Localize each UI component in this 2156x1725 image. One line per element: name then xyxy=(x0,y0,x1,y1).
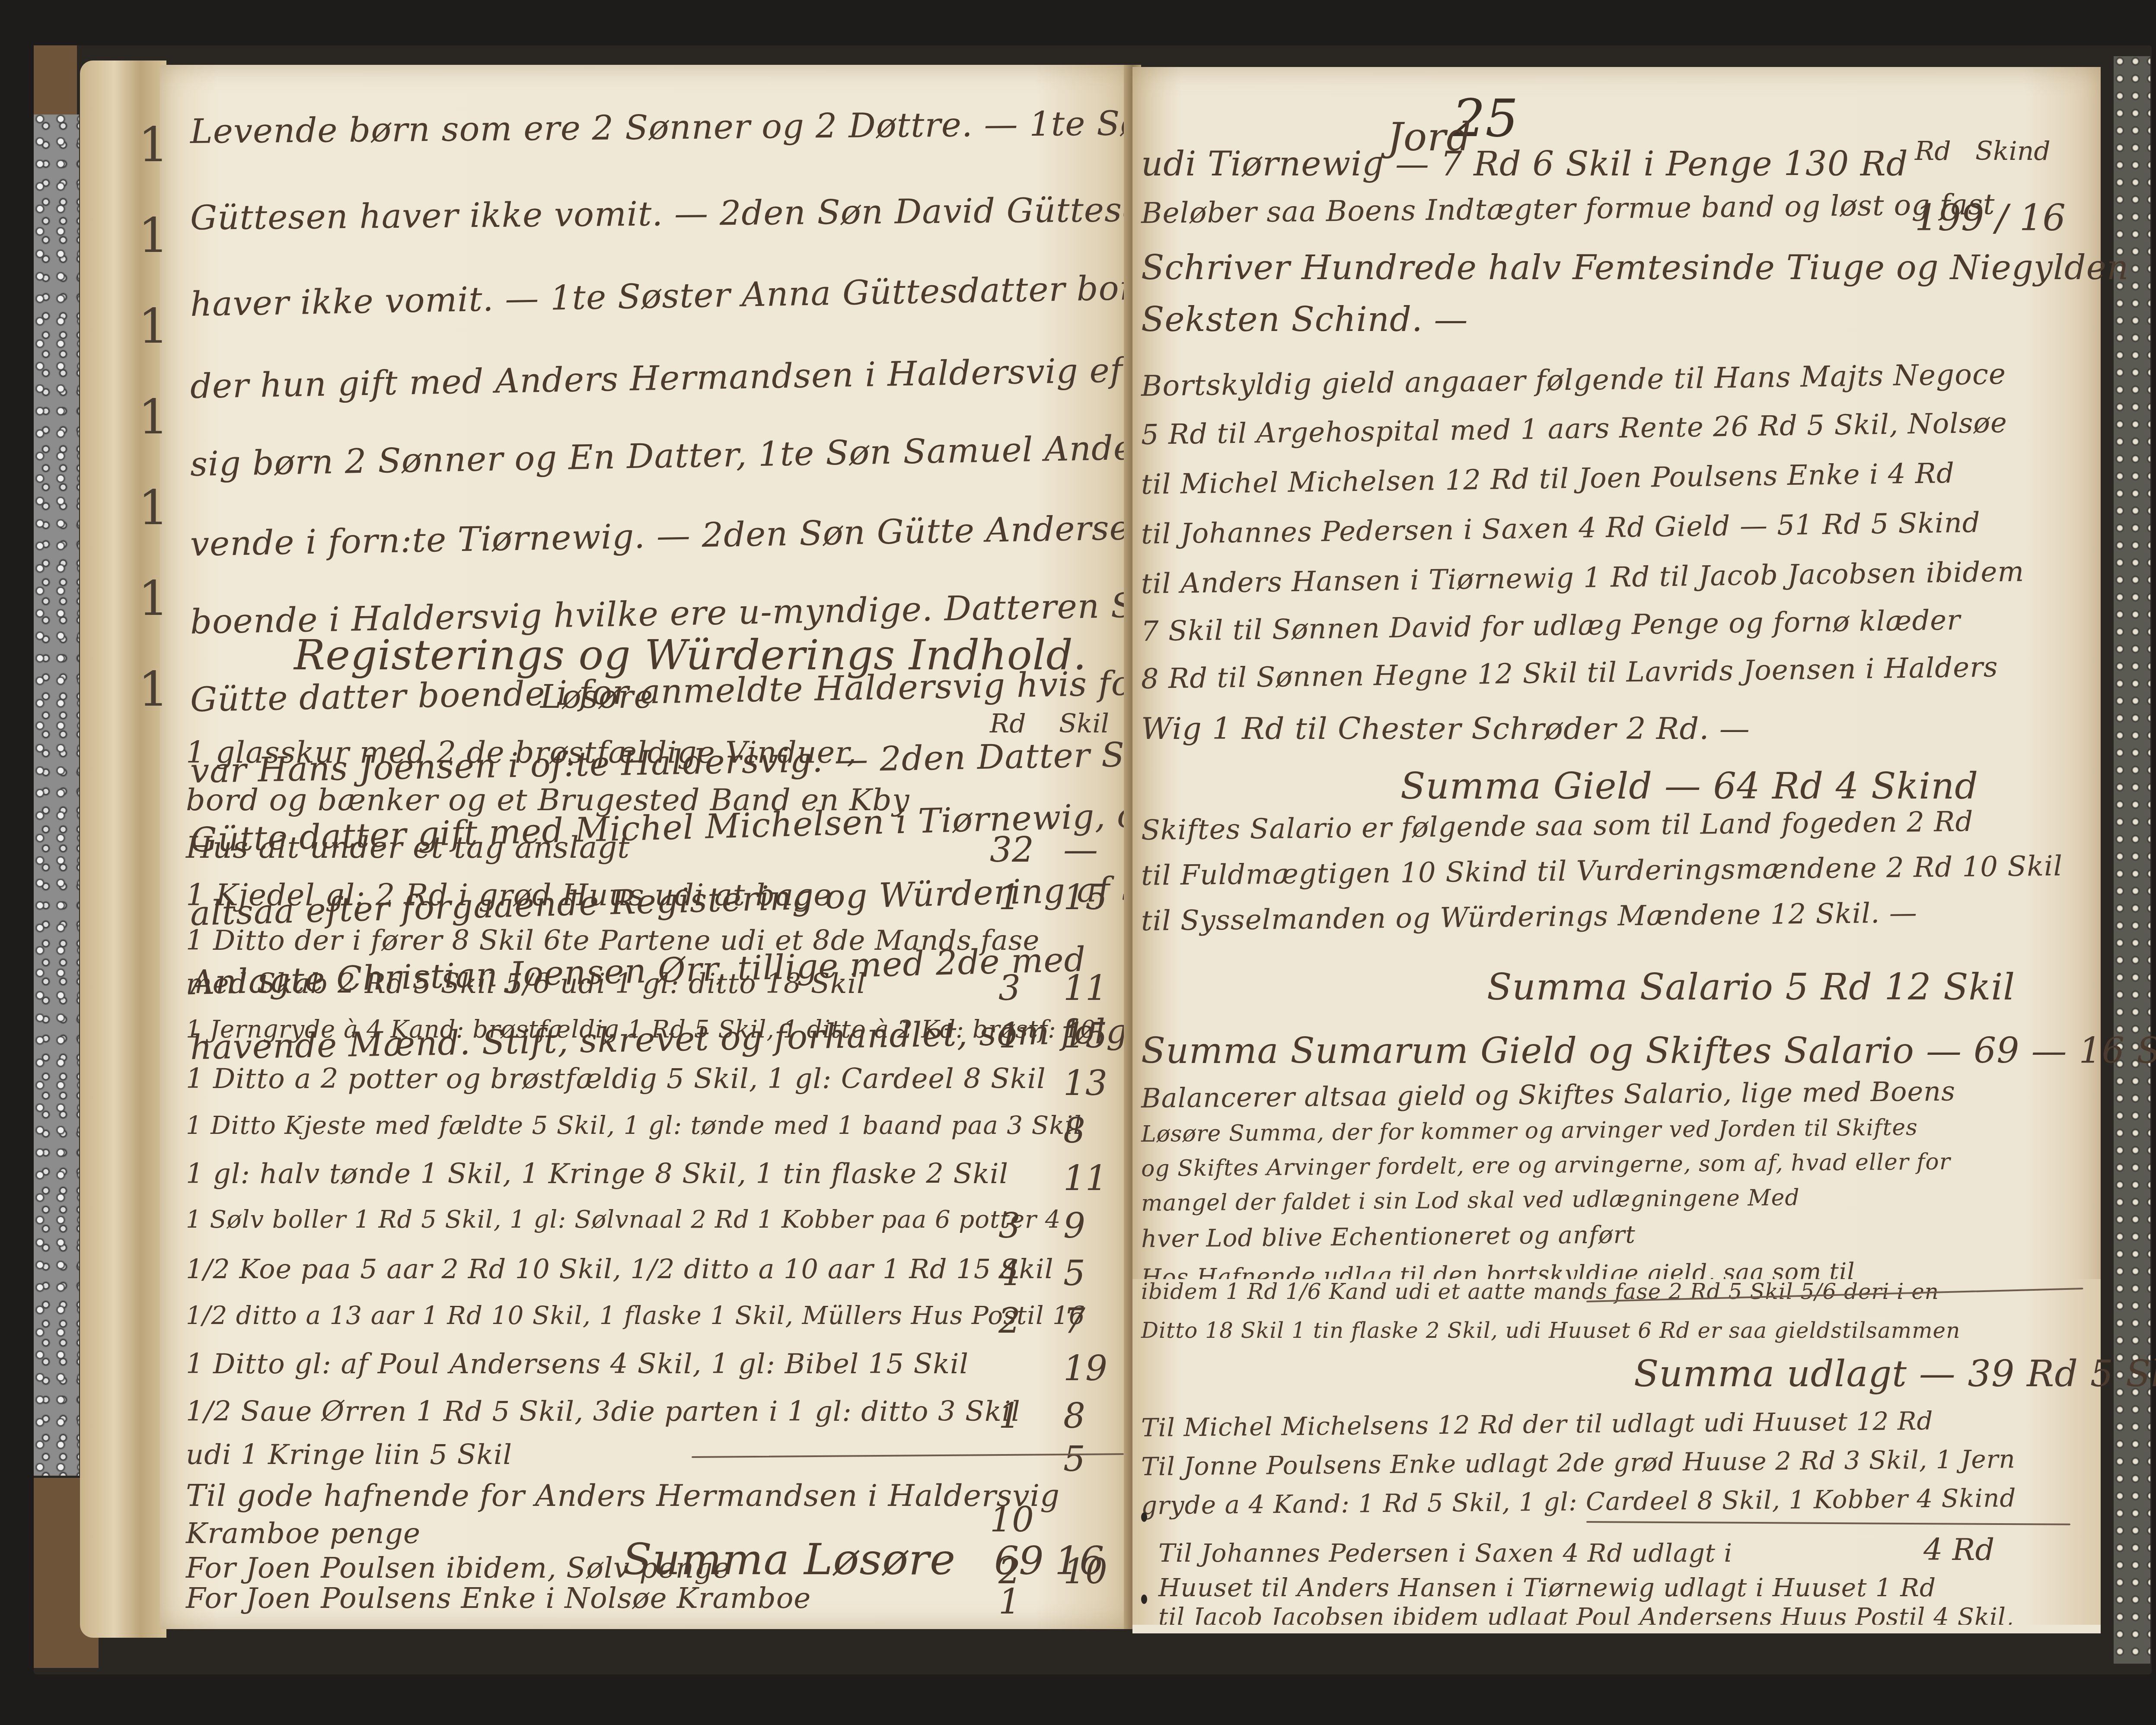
item-text: For Joen Poulsens Enke i Nolsøe Kramboe xyxy=(186,1582,811,1615)
item-rd: 10 xyxy=(990,1499,1034,1540)
salario-line: til Sysselmanden og Würderings Mændene 1… xyxy=(1141,897,1918,937)
item-text: 1 Ditto der i fører 8 Skil 6te Partene u… xyxy=(186,925,1040,957)
summa-losore-sk: 16 xyxy=(1055,1538,1104,1584)
skind-header: Skind xyxy=(1975,136,2051,166)
item-text: Kramboe penge xyxy=(186,1517,421,1550)
summa-losore-label: Summa Løsøre xyxy=(622,1534,956,1585)
item-sk: 15 xyxy=(1063,877,1107,917)
item-text: 1 Sølv boller 1 Rd 5 Skil, 1 gl: Sølvnaa… xyxy=(186,1206,1061,1234)
item-text: Til gode hafnende for Anders Hermandsen … xyxy=(186,1478,1060,1513)
balance-line: Balancerer altsaa gield og Skiftes Salar… xyxy=(1141,1076,1956,1114)
inventory-row: 1 Ditto a 2 potter og brøstfældig 5 Skil… xyxy=(186,1063,1115,1106)
section-subheading: Løsøre xyxy=(540,678,653,716)
balance-line: mangel der faldet i sin Lod skal ved udl… xyxy=(1141,1185,1800,1216)
summa-sumarum: Summa Sumarum Gield og Skiftes Salario —… xyxy=(1141,1031,2156,1072)
tally-mark: 1 xyxy=(138,190,156,281)
balance-line: Løsøre Summa, der for kommer og arvinger… xyxy=(1141,1114,1918,1147)
summa-gield: Summa Gield — 64 Rd 4 Skind xyxy=(1400,765,1978,807)
item-text: 1/2 Saue Ørren 1 Rd 5 Skil, 3die parten … xyxy=(186,1396,1021,1428)
item-rd: 1 xyxy=(998,1396,1021,1436)
manuscript-line: til Anders Hansen i Tiørnewig 1 Rd til J… xyxy=(1141,556,2024,600)
item-sk: 13 xyxy=(1063,1063,1107,1103)
rd-header: Rd xyxy=(1915,136,1951,166)
tally-mark: 1 xyxy=(138,462,156,553)
salario-line: til Fuldmægtigen 10 Skind til Vurderings… xyxy=(1141,850,2063,892)
inventory-row: udi 1 Kringe liin 5 Skil 5 xyxy=(186,1439,1115,1482)
final-amount: 4 Rd xyxy=(1923,1532,1994,1567)
manuscript-line: vende i forn:te Tiørnewig. — 2den Søn Gü… xyxy=(190,508,1152,564)
tally-mark: 1 xyxy=(138,644,156,735)
manuscript-line: der hun gift med Anders Hermandsen i Hal… xyxy=(190,349,1220,406)
item-text: 1/2 ditto a 13 aar 1 Rd 10 Skil, 1 flask… xyxy=(186,1301,1085,1330)
inventory-row: 1 Jerngryde à 4 Kand: brøstfældig 1 Rd 5… xyxy=(186,1015,1115,1059)
inventory-row: Til gode hafnende for Anders Hermandsen … xyxy=(186,1478,1115,1521)
item-sk: 8 xyxy=(1063,1111,1085,1151)
inventory-row: 1/2 Koe paa 5 aar 2 Rd 10 Skil, 1/2 ditt… xyxy=(186,1253,1115,1296)
item-sk: 7 xyxy=(1063,1301,1085,1341)
binding-hole xyxy=(1141,1595,1147,1604)
item-sk: — xyxy=(1063,830,1098,870)
inventory-row: For Joen Poulsens Enke i Nolsøe Kramboe … xyxy=(186,1586,1115,1629)
item-rd: 2 xyxy=(998,1301,1021,1341)
tally-mark: 1 xyxy=(138,553,156,644)
inventory-row: 1 Kjedel gl: 2 Rd i grød Huus udi at bag… xyxy=(186,877,1115,920)
right-page-lower: ibidem 1 Rd 1/6 Kand udi et aatte mands … xyxy=(1132,1279,2101,1629)
left-page: Levende børn som ere 2 Sønner og 2 Døttr… xyxy=(160,65,1132,1629)
item-text: 1/2 Koe paa 5 aar 2 Rd 10 Skil, 1/2 ditt… xyxy=(186,1253,1054,1285)
final-line: Til Jonne Poulsens Enke udlagt 2de grød … xyxy=(1141,1444,2016,1481)
manuscript-line: Seksten Schind. — xyxy=(1141,300,1468,339)
manuscript-line: sig børn 2 Sønner og En Datter, 1te Søn … xyxy=(190,426,1264,484)
item-text: 1 Ditto gl: af Poul Andersens 4 Skil, 1 … xyxy=(186,1348,969,1380)
manuscript-line: til Johannes Pedersen i Saxen 4 Rd Gield… xyxy=(1141,507,1981,551)
total-estate-amount: 199 / 16 xyxy=(1915,197,2066,239)
balance-line: ibidem 1 Rd 1/6 Kand udi et aatte mands … xyxy=(1141,1279,1939,1304)
item-sk: 9 xyxy=(1063,1206,1085,1246)
inventory-row: 1/2 ditto a 13 aar 1 Rd 10 Skil, 1 flask… xyxy=(186,1301,1115,1344)
item-sk: 8 xyxy=(1063,1396,1085,1436)
item-text: 1 Kjedel gl: 2 Rd i grød Huus udi at bag… xyxy=(186,877,832,913)
manuscript-line: 8 Rd til Sønnen Hegne 12 Skil til Lavrid… xyxy=(1141,651,1998,695)
item-rd: 32 xyxy=(990,830,1034,870)
inventory-row: 1 gl: halv tønde 1 Skil, 1 Kringe 8 Skil… xyxy=(186,1158,1115,1201)
manuscript-line: Bortskyldig gield angaaer følgende til H… xyxy=(1141,357,2006,403)
summa-losore-rd: 69 xyxy=(994,1538,1044,1584)
item-sk: 11 xyxy=(1063,968,1107,1008)
item-rd: 1 xyxy=(998,1582,1021,1622)
manuscript-line: Wig 1 Rd til Chester Schrøder 2 Rd. — xyxy=(1141,711,1750,746)
item-text: Hus alt under et tag anslagt xyxy=(186,830,630,865)
binding-hole xyxy=(1141,1512,1147,1522)
final-line: gryde a 4 Kand: 1 Rd 5 Skil, 1 gl: Carde… xyxy=(1141,1483,2016,1520)
item-rd: 3 xyxy=(998,1206,1021,1246)
right-page-bottom-edge xyxy=(1132,1625,2101,1633)
divider-rule xyxy=(1586,1521,2070,1525)
summa-salario: Summa Salario 5 Rd 12 Skil xyxy=(1487,966,2015,1008)
item-sk: 11 xyxy=(1063,1158,1107,1198)
final-line: Huuset til Anders Hansen i Tiørnewig udl… xyxy=(1158,1573,1936,1602)
item-text: bord og bænker og et Brugested Band en K… xyxy=(186,782,909,818)
final-line: Til Johannes Pedersen i Saxen 4 Rd udlag… xyxy=(1158,1538,1732,1568)
item-text: 1 Jerngryde à 4 Kand: brøstfældig 1 Rd 5… xyxy=(186,1015,1096,1044)
item-sk: 19 xyxy=(1063,1348,1107,1388)
marbled-endpaper-left xyxy=(34,115,79,1476)
marbled-endpaper-right xyxy=(2114,56,2150,1664)
manuscript-line: 7 Skil til Sønnen David for udlæg Penge … xyxy=(1141,605,1961,648)
item-rd: 1 xyxy=(998,877,1021,917)
manuscript-line: Beløber saa Boens Indtægter formue band … xyxy=(1141,188,1995,230)
leather-corner-top xyxy=(34,45,77,115)
item-text: 1 gl: halv tønde 1 Skil, 1 Kringe 8 Skil… xyxy=(186,1158,1008,1190)
salario-line: Skiftes Salario er følgende saa som til … xyxy=(1141,806,1974,847)
final-line: Til Michel Michelsens 12 Rd der til udla… xyxy=(1141,1406,1933,1442)
item-text: 1 Ditto a 2 potter og brøstfældig 5 Skil… xyxy=(186,1063,1046,1095)
margin-tally-marks: 1 1 1 1 1 1 1 xyxy=(138,99,156,735)
balance-line: hver Lod blive Echentioneret og anført xyxy=(1141,1221,1636,1253)
tally-mark: 1 xyxy=(138,281,156,372)
inventory-row: med Skab 2 Rd 5 Skil 5/6 udi 1 gl: ditto… xyxy=(186,968,1115,1011)
manuscript-line: til Michel Michelsen 12 Rd til Joen Poul… xyxy=(1141,458,1955,501)
item-text: 1 glasskur med 2 de brøstfældige Vinduer… xyxy=(186,735,857,770)
item-text: 1 Ditto Kjeste med fældte 5 Skil, 1 gl: … xyxy=(186,1111,1082,1140)
item-sk: 15 xyxy=(1063,1015,1107,1056)
item-sk: 5 xyxy=(1063,1253,1085,1293)
balance-line: Ditto 18 Skil 1 tin flaske 2 Skil, udi H… xyxy=(1141,1318,1960,1343)
tally-mark: 1 xyxy=(138,372,156,462)
manuscript-line: udi Tiørnewig — 7 Rd 6 Skil i Penge 130 … xyxy=(1141,145,1908,184)
inventory-row: 1 Ditto Kjeste med fældte 5 Skil, 1 gl: … xyxy=(186,1111,1115,1154)
manuscript-line: Schriver Hundrede halv Femtesinde Tiuge … xyxy=(1141,248,2129,287)
item-rd: 3 xyxy=(998,968,1021,1008)
item-rd: 1 xyxy=(998,1015,1021,1056)
manuscript-line: 5 Rd til Argehospital med 1 aars Rente 2… xyxy=(1141,407,2007,451)
manuscript-line: haver ikke vomit. — 1te Søster Anna Gütt… xyxy=(190,267,1215,324)
inventory-row: bord og bænker og et Brugested Band en K… xyxy=(186,782,1115,825)
item-rd: 4 xyxy=(998,1253,1021,1293)
inventory-row: 1 glasskur med 2 de brøstfældige Vinduer… xyxy=(186,735,1115,778)
inventory-row: 1 Sølv boller 1 Rd 5 Skil, 1 gl: Sølvnaa… xyxy=(186,1206,1115,1249)
inventory-row: 1 Ditto der i fører 8 Skil 6te Partene u… xyxy=(186,925,1115,968)
summa-udlagt: Summa udlagt — 39 Rd 5 Skind xyxy=(1634,1353,2156,1395)
item-text: med Skab 2 Rd 5 Skil 5/6 udi 1 gl: ditto… xyxy=(186,968,866,1000)
inventory-row: 1/2 Saue Ørren 1 Rd 5 Skil, 3die parten … xyxy=(186,1396,1115,1439)
item-sk: 5 xyxy=(1063,1439,1085,1479)
item-text: udi 1 Kringe liin 5 Skil xyxy=(186,1439,512,1471)
manuscript-line: Güttesen haver ikke vomit. — 2den Søn Da… xyxy=(190,190,1219,238)
balance-line: og Skiftes Arvinger fordelt, ere og arvi… xyxy=(1141,1149,1951,1182)
inventory-row: 1 Ditto gl: af Poul Andersens 4 Skil, 1 … xyxy=(186,1348,1115,1391)
section-heading: Registerings og Würderings Indhold. xyxy=(294,631,1087,679)
inventory-row: Hus alt under et tag anslagt 32 — xyxy=(186,830,1115,873)
tally-mark: 1 xyxy=(138,99,156,190)
